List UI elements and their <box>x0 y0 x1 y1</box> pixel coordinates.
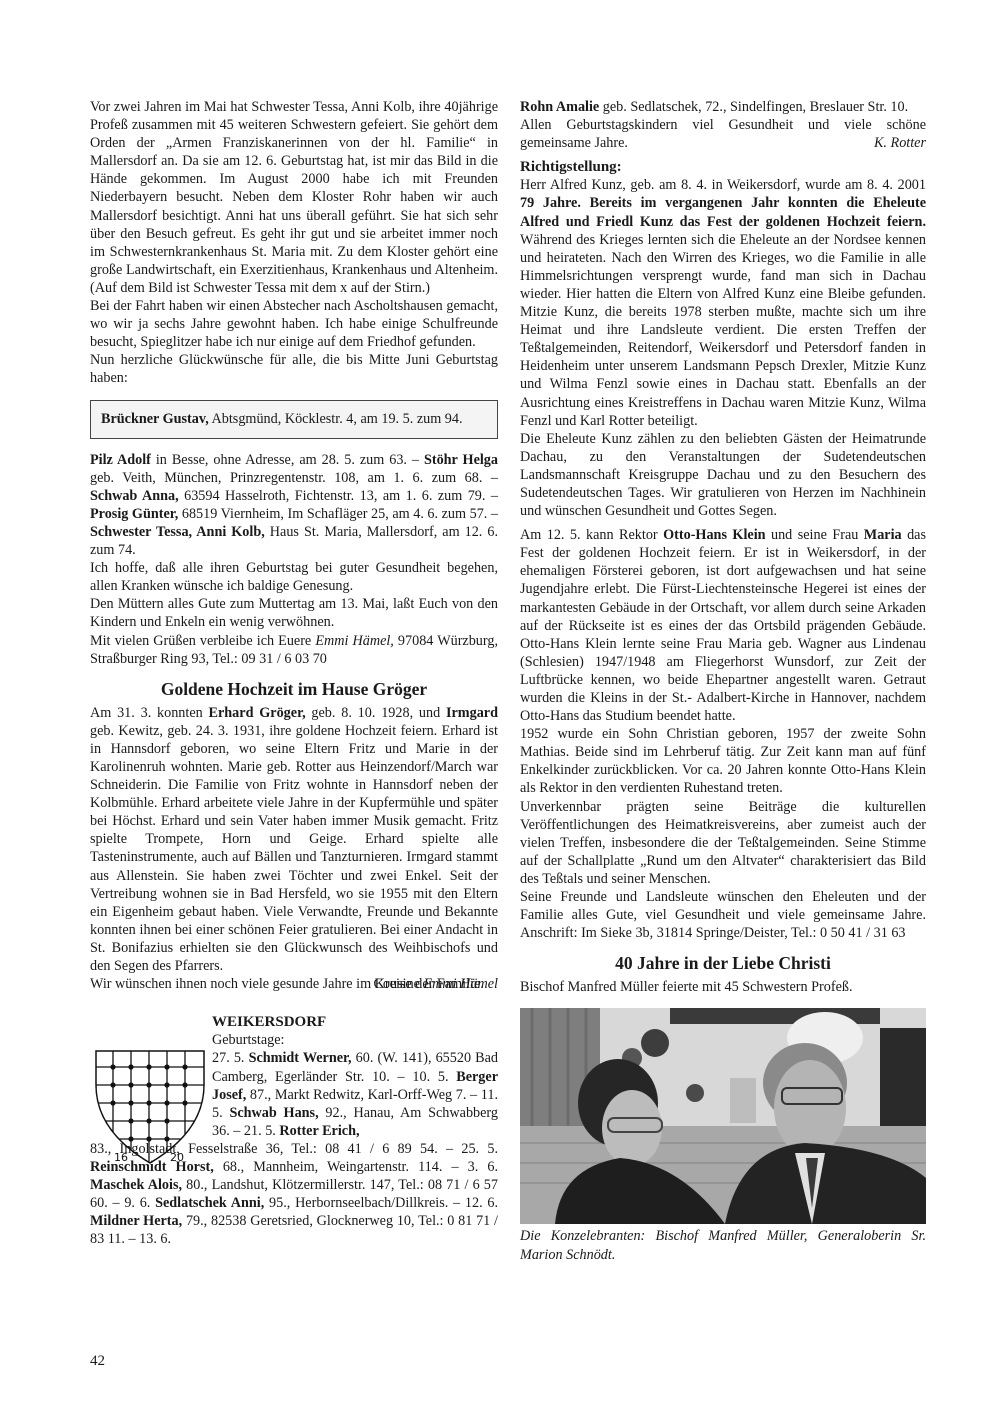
klein-children-paragraph: 1952 wurde ein Sohn Christian geboren, 1… <box>520 725 926 797</box>
greeting: Mit vielen Grüßen verbleibe ich Euere Em… <box>90 632 498 668</box>
section-heading-liebe-christi: 40 Jahre in der Liebe Christi <box>520 952 926 974</box>
birthday-name: Brückner Gustav, <box>101 411 209 427</box>
coat-of-arms-icon: 16 20 <box>92 1045 208 1169</box>
intro-paragraph: Nun herzliche Glückwünsche für alle, die… <box>90 351 498 387</box>
weikersdorf-heading: WEIKERSDORF <box>212 1013 498 1031</box>
closing-paragraph: Ich hoffe, daß alle ihren Geburtstag bei… <box>90 559 498 595</box>
photo-illustration <box>520 1008 926 1224</box>
author-name: Emmi Hämel, <box>315 633 394 649</box>
correction-heading: Richtigstellung: <box>520 158 926 176</box>
liebe-lead: Bischof Manfred Müller feierte mit 45 Sc… <box>520 978 926 996</box>
klein-wishes-paragraph: Seine Freunde und Landsleute wünschen de… <box>520 888 926 942</box>
rohn-entry: Rohn Amalie geb. Sedlatschek, 72., Sinde… <box>520 98 926 116</box>
closing-paragraph: Den Müttern alles Gute zum Muttertag am … <box>90 595 498 631</box>
correction-paragraph: Herr Alfred Kunz, geb. am 8. 4. in Weike… <box>520 176 926 429</box>
kunz-paragraph: Die Eheleute Kunz zählen zu den beliebte… <box>520 430 926 520</box>
highlight-box: Brückner Gustav, Abtsgmünd, Köcklestr. 4… <box>90 400 498 439</box>
svg-text:20: 20 <box>170 1151 184 1164</box>
right-column: Rohn Amalie geb. Sedlatschek, 72., Sinde… <box>520 98 926 1264</box>
klein-culture-paragraph: Unverkennbar prägten seine Beiträge die … <box>520 798 926 888</box>
photo-caption: Die Konzelebranten: Bischof Manfred Müll… <box>520 1227 926 1263</box>
klein-paragraph: Am 12. 5. kann Rektor Otto-Hans Klein un… <box>520 526 926 725</box>
page-number: 42 <box>90 1353 105 1370</box>
weikersdorf-section: WEIKERSDORF Geburtstage: 16 20 27. 5. Sc… <box>90 1013 498 1248</box>
groeger-paragraph: Am 31. 3. konnten Erhard Gröger, geb. 8.… <box>90 704 498 975</box>
intro-paragraph: Bei der Fahrt haben wir einen Abstecher … <box>90 297 498 351</box>
intro-paragraph: Vor zwei Jahren im Mai hat Schwester Tes… <box>90 98 498 297</box>
left-column: Vor zwei Jahren im Mai hat Schwester Tes… <box>90 98 498 1248</box>
weikersdorf-subheading: Geburtstage: <box>212 1031 498 1049</box>
couple-photo <box>520 1008 926 1224</box>
birthday-list: Pilz Adolf in Besse, ohne Adresse, am 28… <box>90 451 498 560</box>
section-heading-groeger: Goldene Hochzeit im Hause Gröger <box>90 678 498 700</box>
svg-text:16: 16 <box>114 1151 128 1164</box>
